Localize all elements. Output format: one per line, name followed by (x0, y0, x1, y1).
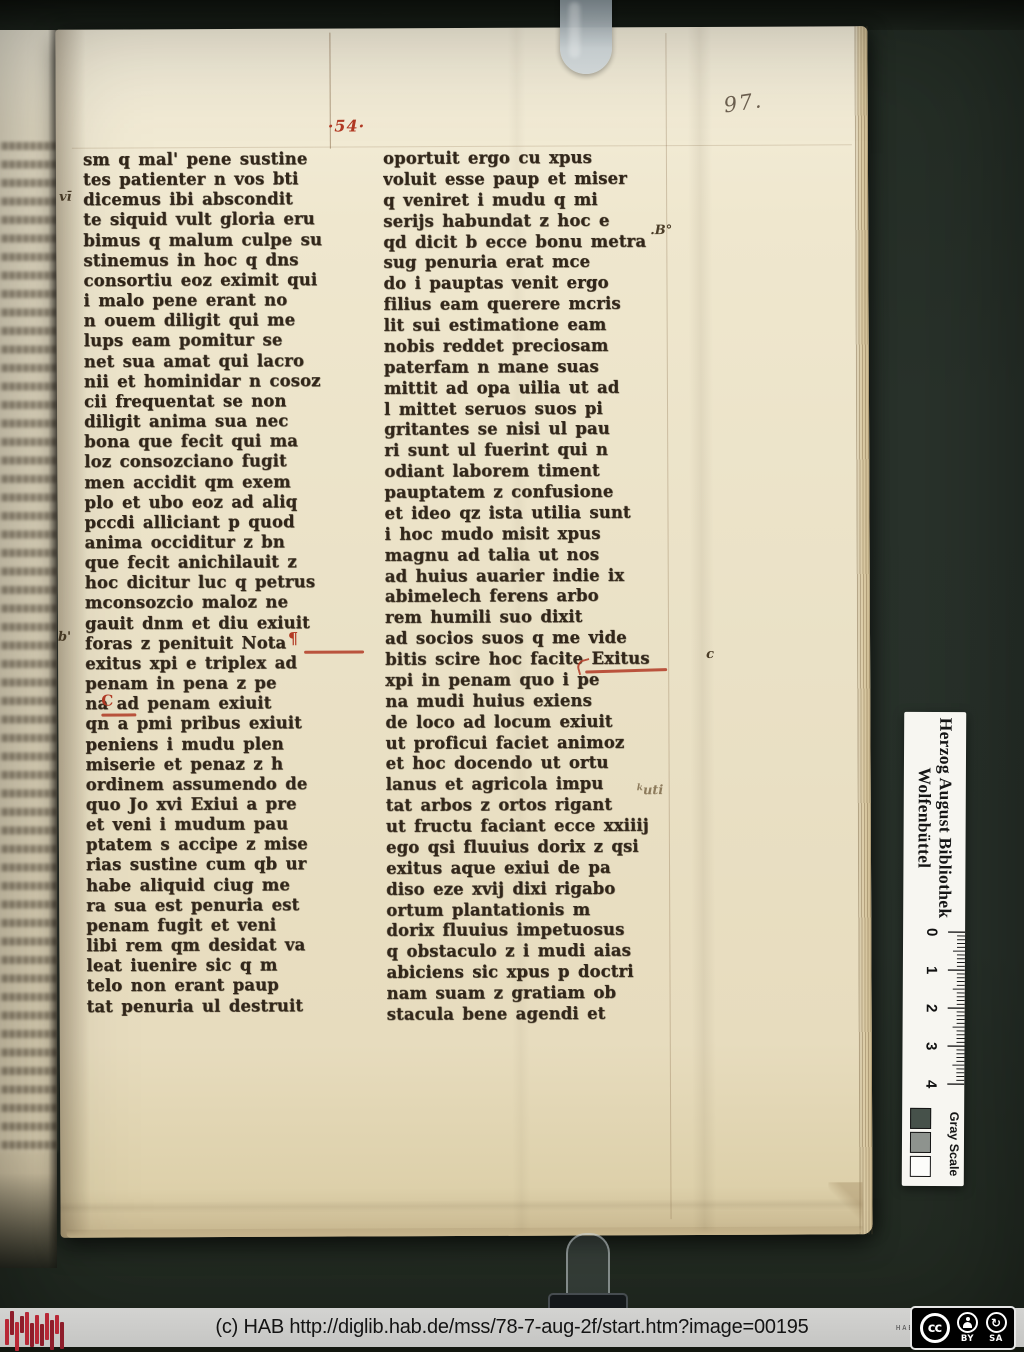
manuscript-line: abimelech ferens arbo (385, 585, 679, 608)
cc-by-person-icon (957, 1312, 978, 1333)
footer-under-strip (0, 1347, 1024, 1352)
manuscript-line: bona que fecit qui ma (84, 431, 374, 453)
page-number: 97. (722, 88, 764, 117)
note-b: b' (58, 630, 71, 645)
manuscript-line: paterfam n mane suas (384, 356, 678, 379)
cc-license-badge: cc BY ↻ SA (910, 1306, 1016, 1350)
manuscript-line: sm q mal' pene sustine (83, 148, 373, 170)
manuscript-line: rias sustine cum qb ur (86, 854, 376, 876)
logo-bar (50, 1320, 54, 1350)
manuscript-line: xpi in penam quo i pe (385, 669, 679, 692)
cm-scale-number: 0 (923, 928, 940, 936)
manuscript-line: stacula bene agendi et (387, 1003, 681, 1026)
manuscript-line: rem humili suo dixit (385, 606, 679, 629)
logo-bar (55, 1315, 59, 1334)
manuscript-line: gritantes se nisi ul pau (384, 418, 678, 441)
manuscript-line: odiant laborem timent (384, 460, 678, 483)
manuscript-line: lups eam pomitur se (84, 330, 374, 352)
logo-bar (20, 1316, 24, 1333)
logo-bar (25, 1312, 29, 1345)
manuscript-line: ordinem assumendo de (86, 773, 376, 795)
cc-by-group: BY (957, 1312, 978, 1344)
manuscript-line: magnu ad talia ut nos (385, 544, 679, 567)
manuscript-line: loz consozciano fugit (84, 451, 374, 473)
manuscript-line: do i pauptas venit ergo (383, 272, 677, 295)
cm-scale: 01234 (902, 924, 965, 1102)
manuscript-line: lanus et agricola impu (386, 773, 680, 796)
grayscale-label: Gray Scale (947, 1104, 961, 1184)
ruler-strip-content: Herzog August Bibliothek Wolfenbüttel 01… (902, 712, 966, 1186)
manuscript-line: te siquid vult gloria eru (83, 209, 373, 231)
manuscript-line: ego qsi fluuius dorix z qsi (386, 836, 680, 859)
top-clip (560, 0, 612, 74)
corner-curl (828, 1182, 862, 1228)
manuscript-line: telo non erant paup (86, 975, 376, 997)
manuscript-line: bitis scire hoc facite Exitus (385, 648, 679, 671)
facing-page-bottom-shadow (0, 1173, 57, 1268)
manuscript-line: quo Jo xvi Exiui a pre (86, 793, 376, 815)
red-underline-nota (304, 650, 364, 653)
manuscript-line: exitus xpi e triplex ad (85, 652, 375, 674)
manuscript-line: leat iuenire sic q m (86, 955, 376, 977)
vertical-crease (687, 27, 716, 1235)
grayscale-swatch (910, 1108, 931, 1129)
manuscript-line: peniens i mudu plen (85, 733, 375, 755)
manuscript-line: mconsozcio maloz ne (85, 592, 375, 614)
manuscript-line: mittit ad opa uilia ut ad (384, 377, 678, 400)
manuscript-line: plo et ubo eoz ad aliq (84, 491, 374, 513)
manuscript-line: habe aliquid ciug me (86, 874, 376, 896)
manuscript-line: cii frequentat se non (84, 390, 374, 412)
red-underline-ad (101, 713, 136, 716)
manuscript-line: i malo pene erant no (84, 289, 374, 311)
cm-scale-number: 3 (922, 1042, 939, 1050)
note-uti: kuti (637, 783, 664, 798)
manuscript-line: ra sua est penuria est (86, 894, 376, 916)
logo-bar (10, 1311, 14, 1335)
grayscale-block: Gray Scale (902, 1104, 964, 1186)
cc-sa-arrow-icon: ↻ (986, 1312, 1007, 1333)
manuscript-line: lit sui estimatione eam (384, 314, 678, 337)
note-vi: vī (59, 190, 72, 205)
manuscript-line: exitus aque exiui de pa (386, 857, 680, 880)
manuscript-line: abiciens sic xpus p doctri (386, 961, 680, 984)
manuscript-line: et ideo qz ista utilia sunt (384, 502, 678, 525)
red-c-mark: C (101, 692, 113, 710)
manuscript-line: tat penuria ul destruit (87, 995, 377, 1017)
manuscript-line: nam suam z gratiam ob (387, 982, 681, 1005)
cm-scale-number: 4 (922, 1080, 939, 1088)
cc-sa-label: SA (989, 1334, 1003, 1344)
manuscript-line: sug penuria erat mce (383, 251, 677, 274)
manuscript-line: diligit anima sua nec (84, 410, 374, 432)
text-column-right: oportuit ergo cu xpusvoluit esse paup et… (383, 147, 681, 1025)
grayscale-swatch (910, 1132, 931, 1153)
grayscale-swatch (910, 1156, 931, 1177)
library-name: Herzog August Bibliothek Wolfenbüttel (903, 712, 966, 924)
cm-scale-number: 1 (923, 966, 940, 974)
copyright-text: (c) HAB http://diglib.hab.de/mss/78-7-au… (0, 1316, 1024, 1339)
manuscript-line: diso eze xvij dixi rigabo (386, 878, 680, 901)
library-name-line1: Herzog August Bibliothek (934, 712, 956, 924)
manuscript-line: filius eam querere mcris (384, 293, 678, 316)
manuscript-line: men accidit qm exem (84, 471, 374, 493)
manuscript-line: tes patienter n vos bti (83, 169, 373, 191)
cc-logo-icon: cc (920, 1313, 950, 1343)
logo-bar (60, 1322, 64, 1349)
logo-bar (40, 1324, 44, 1346)
manuscript-line: pauptatem z confusione (384, 481, 678, 504)
library-name-line2: Wolfenbüttel (913, 712, 935, 924)
manuscript-line: oportuit ergo cu xpus (383, 147, 677, 170)
scan-photo: ·54· 97. sm q mal' pene sustinetes patie… (0, 0, 1024, 1352)
manuscript-line: stinemus in hoc q dns (83, 249, 373, 271)
cc-sa-group: ↻ SA (986, 1312, 1007, 1344)
sa-arrow-glyph: ↻ (991, 1317, 1001, 1329)
note-bo: .B° (650, 223, 672, 238)
horizontal-crease (60, 1198, 872, 1214)
logo-bar (35, 1315, 39, 1344)
ruler-strip: Herzog August Bibliothek Wolfenbüttel 01… (902, 712, 966, 1186)
manuscript-line: ad huius auarier indie ix (385, 565, 679, 588)
cm-scale-ticks (940, 924, 965, 1102)
manuscript-line: penam in pena z pe (85, 672, 375, 694)
manuscript-line: dorix fluuius impetuosus (386, 919, 680, 942)
manuscript-line: n ouem diligit qui me (84, 310, 374, 332)
cm-scale-number: 2 (923, 1004, 940, 1012)
manuscript-line: ut fructu faciant ecce xxiiij (386, 815, 680, 838)
manuscript-line: nii et hominidar n cosoz (84, 370, 374, 392)
manuscript-line: de loco ad locum exiuit (385, 711, 679, 734)
manuscript-line: nobis reddet preciosam (384, 335, 678, 358)
logo-bar (15, 1322, 19, 1351)
manuscript-line: et hoc docendo ut ortu (386, 752, 680, 775)
cc-by-label: BY (961, 1334, 974, 1344)
logo-bar (5, 1319, 9, 1345)
manuscript-line: qd dicit b ecce bonu metra (383, 231, 677, 254)
hab-logo-barcode-icon (5, 1311, 67, 1351)
manuscript-line: consortiu eoz eximit qui (83, 269, 373, 291)
manuscript-line: que fecit anichilauit z (85, 552, 375, 574)
manuscript-line: i hoc mudo misit xpus (385, 523, 679, 546)
manuscript-line: net sua amat qui lacro (84, 350, 374, 372)
manuscript-line: ad socios suos q me vide (385, 627, 679, 650)
bottom-clip-strap (566, 1233, 610, 1297)
facing-page-sliver (0, 30, 57, 1268)
manuscript-line: anima occiditur z bn (85, 531, 375, 553)
manuscript-line: bimus q malum culpe su (83, 229, 373, 251)
manuscript-line: libi rem qm desidat va (86, 934, 376, 956)
manuscript-line: voluit esse paup et miser (383, 168, 677, 191)
manuscript-line: gauit dnm et diu exiuit (85, 612, 375, 634)
red-folio-mark: ·54· (328, 116, 365, 135)
manuscript-line: miserie et penaz z h (86, 753, 376, 775)
manuscript-line: penam fugit et veni (86, 914, 376, 936)
manuscript-line: q obstaculo z i mudi aias (386, 940, 680, 963)
logo-bar (45, 1313, 49, 1340)
red-pilcrow-mark: ¶ (288, 629, 298, 648)
manuscript-line: qn a pmi pribus exiuit (85, 713, 375, 735)
manuscript-line: tat arbos z ortos rigant (386, 794, 680, 817)
photo-top-edge (0, 0, 1024, 30)
grayscale-swatches (910, 1108, 931, 1177)
manuscript-line: ut proficui faciet animoz (385, 732, 679, 755)
manuscript-line: ortum plantationis m (386, 899, 680, 922)
manuscript-line: na mudi huius exiens (385, 690, 679, 713)
manuscript-line: hoc dicitur luc q petrus (85, 572, 375, 594)
logo-bar (30, 1323, 34, 1347)
manuscript-leaf: ·54· 97. sm q mal' pene sustinetes patie… (55, 26, 872, 1238)
manuscript-line: et veni i mudum pau (86, 814, 376, 836)
person-icon (963, 1317, 972, 1328)
fore-edge (854, 26, 872, 1234)
manuscript-line: serijs habundat z hoc e (383, 210, 677, 233)
manuscript-line: ri sunt ul fuerint qui n (384, 439, 678, 462)
note-c: c (706, 647, 714, 662)
manuscript-line: pccdi alliciant p quod (84, 511, 374, 533)
bottom-page-edges (67, 1226, 863, 1237)
manuscript-line: na ad penam exiuit (85, 693, 375, 715)
manuscript-line: l mittet seruos suos pi (384, 398, 678, 421)
text-column-left: sm q mal' pene sustinetes patienter n vo… (83, 148, 377, 1016)
copyright-bar: (c) HAB http://diglib.hab.de/mss/78-7-au… (0, 1308, 1024, 1347)
manuscript-line: q veniret i mudu q mi (383, 189, 677, 212)
